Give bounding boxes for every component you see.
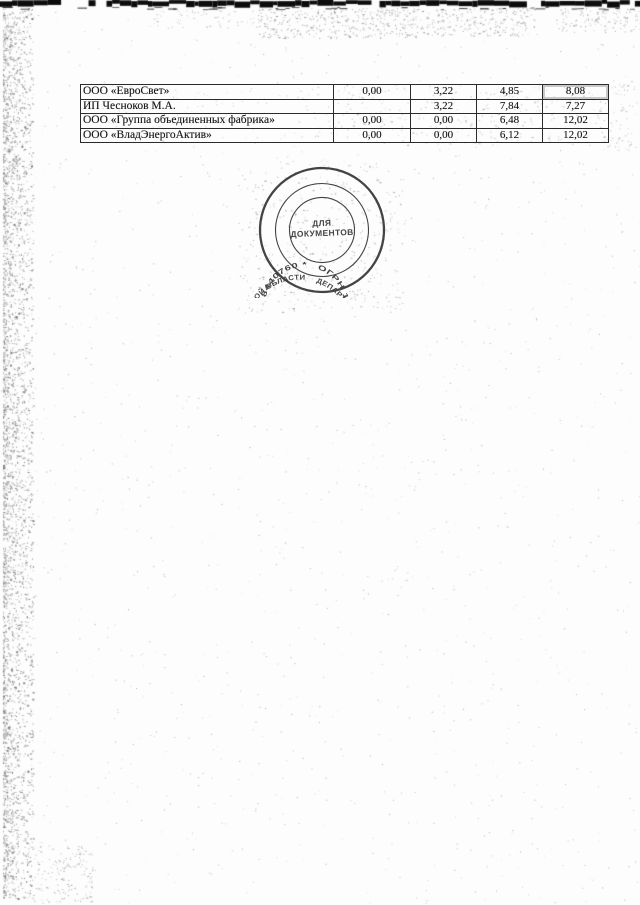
company-name-cell: ООО «ЕвроСвет»	[81, 85, 334, 100]
value-cell: 4,85	[477, 85, 543, 100]
value-cell: 0,00	[411, 128, 477, 143]
table-row: ИП Чесноков М.А. 3,22 7,84 7,27	[81, 99, 609, 114]
company-name-cell: ООО «Группа объединенных фабрика»	[81, 114, 334, 129]
value-cell: 3,22	[411, 85, 477, 100]
value-cell: 7,27	[543, 99, 609, 114]
table-row: ООО «Группа объединенных фабрика» 0,00 0…	[81, 114, 609, 129]
value-cell: 8,08	[543, 85, 609, 100]
stamp-inner-ring-text: ОГРН 1063328002143 * ИНН 3328440760 *	[254, 254, 358, 298]
scanned-page: ООО «ЕвроСвет» 0,00 3,22 4,85 8,08 ИП Че…	[0, 0, 640, 905]
value-cell: 12,02	[543, 128, 609, 143]
value-cell: 0,00	[411, 114, 477, 129]
stamp-center-line2: ДОКУМЕНТОВ	[290, 227, 353, 239]
value-cell: 7,84	[477, 99, 543, 114]
table-row: ООО «ВладЭнергоАктив» 0,00 0,00 6,12 12,…	[81, 128, 609, 143]
stamp-center-line1: ДЛЯ	[312, 218, 331, 229]
table-row: ООО «ЕвроСвет» 0,00 3,22 4,85 8,08	[81, 85, 609, 100]
round-stamp: ДЕПАРТАМЕНТ ЦЕН И ТАРИФОВ АДМИНИСТРАЦИИ …	[254, 162, 390, 298]
company-name-cell: ИП Чесноков М.А.	[81, 99, 334, 114]
company-name-cell: ООО «ВладЭнергоАктив»	[81, 128, 334, 143]
value-cell: 12,02	[543, 114, 609, 129]
value-cell: 6,48	[477, 114, 543, 129]
value-cell: 0,00	[334, 128, 411, 143]
tariff-table: ООО «ЕвроСвет» 0,00 3,22 4,85 8,08 ИП Че…	[80, 84, 609, 143]
value-cell: 0,00	[334, 85, 411, 100]
round-stamp-icon: ДЕПАРТАМЕНТ ЦЕН И ТАРИФОВ АДМИНИСТРАЦИИ …	[254, 162, 390, 298]
value-cell: 0,00	[334, 114, 411, 129]
value-cell: 6,12	[477, 128, 543, 143]
value-cell: 3,22	[411, 99, 477, 114]
value-cell	[334, 99, 411, 114]
